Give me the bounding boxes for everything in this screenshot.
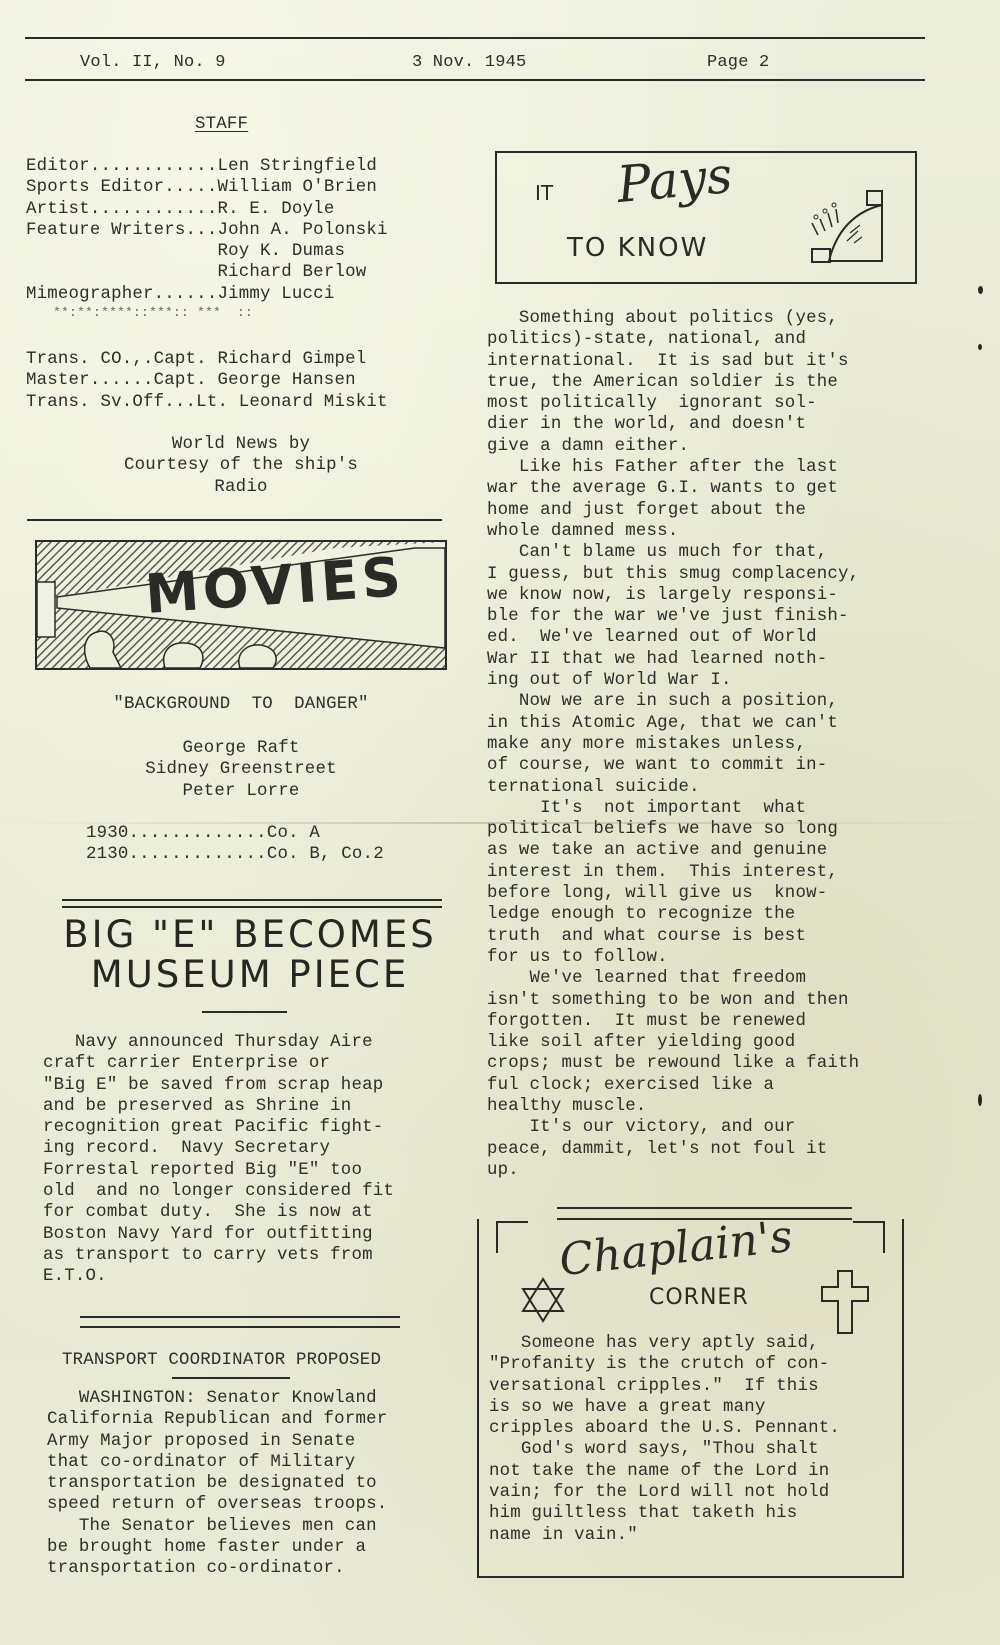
article-line: true, the American soldier is the xyxy=(487,372,859,393)
chaplain-corner-box: Chaplain's CORNER Someone has very aptly… xyxy=(477,1219,904,1578)
article-line: most politically ignorant sol- xyxy=(487,393,859,414)
transport-article: WASHINGTON: Senator Knowland California … xyxy=(47,1388,387,1580)
banner-it: IT xyxy=(535,181,553,205)
article-line: vain; for the Lord will not hold xyxy=(489,1482,840,1503)
banner-corner: CORNER xyxy=(649,1285,749,1310)
movie-cast: George Raft Sidney Greenstreet Peter Lor… xyxy=(26,738,456,802)
article-line: transportation be designated to xyxy=(47,1473,387,1494)
article-line: give a damn either. xyxy=(487,436,859,457)
headline-underline xyxy=(172,1377,290,1379)
article-line: crops; must be rewound like a faith xyxy=(487,1053,859,1074)
staff-name: Roy K. Dumas xyxy=(217,242,345,261)
corner-bracket xyxy=(496,1221,528,1253)
staff-role: Feature Writers... xyxy=(26,221,217,240)
article-line: isn't something to be won and then xyxy=(487,990,859,1011)
article-line: craft carrier Enterprise or xyxy=(43,1053,394,1074)
article-line: of course, we want to commit in- xyxy=(487,755,859,776)
article-line: It's our victory, and our xyxy=(487,1117,859,1138)
headline-line: MUSEUM PIECE xyxy=(40,955,460,995)
article-line: as we take an active and genuine xyxy=(487,840,859,861)
staff-title: STAFF xyxy=(195,114,248,135)
section-divider xyxy=(80,1316,400,1318)
article-line: ing record. Navy Secretary xyxy=(43,1138,394,1159)
showtime: 2130 xyxy=(86,845,129,864)
movie-title: "BACKGROUND TO DANGER" xyxy=(26,694,456,715)
staff-row: Roy K. Dumas xyxy=(26,241,388,262)
showtime: 1930 xyxy=(86,824,129,843)
article-line: versational cripples." If this xyxy=(489,1376,840,1397)
dot-leader: ............. xyxy=(129,824,267,843)
headline-line: BIG "E" BECOMES xyxy=(40,915,460,955)
article-line: Something about politics (yes, xyxy=(487,308,859,329)
cast-member: Sidney Greenstreet xyxy=(26,759,456,780)
banner-to-know: TO KNOW xyxy=(567,233,708,263)
news-credit: World News by Courtesy of the ship's Rad… xyxy=(26,434,456,498)
article-line: Like his Father after the last xyxy=(487,457,859,478)
article-line: and be preserved as Shrine in xyxy=(43,1096,394,1117)
staff-list: Editor............Len Stringfield Sports… xyxy=(26,156,388,321)
article-line: Now we are in such a position, xyxy=(487,691,859,712)
article-line: before long, will give us know- xyxy=(487,883,859,904)
article-line: ing out of World War I. xyxy=(487,670,859,691)
article-line: dier in the world, and doesn't xyxy=(487,414,859,435)
cash-register-icon xyxy=(792,183,907,273)
staff-role xyxy=(26,263,217,282)
article-line: The Senator believes men can xyxy=(47,1516,387,1537)
article-line: ful clock; exercised like a xyxy=(487,1075,859,1096)
article-line: E.T.O. xyxy=(43,1266,394,1287)
article-line: Forrestal reported Big "E" too xyxy=(43,1160,394,1181)
staff-name: Jimmy Lucci xyxy=(217,285,334,304)
showtimes: 1930.............Co. A 2130.............… xyxy=(86,823,384,866)
header-bottom-rule xyxy=(25,79,925,81)
article-line: truth and what course is best xyxy=(487,926,859,947)
article-line: ble for the war we've just finish- xyxy=(487,606,859,627)
article-line: we know now, is largely responsi- xyxy=(487,585,859,606)
page-number: Page 2 xyxy=(707,52,769,73)
credit-line: Courtesy of the ship's xyxy=(26,455,456,476)
big-e-headline: BIG "E" BECOMES MUSEUM PIECE xyxy=(40,915,460,995)
showtime-group: Co. A xyxy=(267,824,320,843)
article-line: War II that we had learned noth- xyxy=(487,649,859,670)
article-line: Army Major proposed in Senate xyxy=(47,1431,387,1452)
article-line: "Profanity is the crutch of con- xyxy=(489,1354,840,1375)
article-line: whole damned mess. xyxy=(487,521,859,542)
article-line: is so we have a great many xyxy=(489,1397,840,1418)
staff-role: Mimeographer...... xyxy=(26,285,217,304)
article-line: California Republican and former xyxy=(47,1409,387,1430)
article-line: Navy announced Thursday Aire xyxy=(43,1032,394,1053)
banner-pays: Pays xyxy=(615,146,735,214)
staff-name: Len Stringfield xyxy=(217,157,377,176)
article-line: in this Atomic Age, that we can't xyxy=(487,713,859,734)
staff-row: Editor............Len Stringfield xyxy=(26,156,388,177)
officer-row: Trans. CO.,.Capt. Richard Gimpel xyxy=(26,349,388,370)
section-divider xyxy=(80,1326,400,1328)
article-line: transportation co-ordinator. xyxy=(47,1558,387,1579)
article-line: up. xyxy=(487,1160,859,1181)
article-line: WASHINGTON: Senator Knowland xyxy=(47,1388,387,1409)
section-divider xyxy=(557,1207,852,1209)
article-line: Someone has very aptly said, xyxy=(489,1333,840,1354)
dot-leader: ............. xyxy=(129,845,267,864)
section-divider xyxy=(27,519,442,521)
header-top-rule xyxy=(25,37,925,39)
article-line: name in vain." xyxy=(489,1525,840,1546)
article-line: be brought home faster under a xyxy=(47,1537,387,1558)
article-line: not take the name of the Lord in xyxy=(489,1461,840,1482)
article-line: speed return of overseas troops. xyxy=(47,1494,387,1515)
officers-list: Trans. CO.,.Capt. Richard Gimpel Master.… xyxy=(26,349,388,413)
staff-row: Richard Berlow xyxy=(26,262,388,283)
article-line: that co-ordinator of Military xyxy=(47,1452,387,1473)
article-line: recognition great Pacific fight- xyxy=(43,1117,394,1138)
staff-role: Editor............ xyxy=(26,157,217,176)
credit-line: World News by xyxy=(26,434,456,455)
article-line: We've learned that freedom xyxy=(487,968,859,989)
showtime-row: 2130.............Co. B, Co.2 xyxy=(86,844,384,865)
article-line: cripples aboard the U.S. Pennant. xyxy=(489,1418,840,1439)
article-line: him guiltless that taketh his xyxy=(489,1503,840,1524)
article-line: Can't blame us much for that, xyxy=(487,542,859,563)
article-line: peace, dammit, let's not foul it xyxy=(487,1139,859,1160)
article-line: "Big E" be saved from scrap heap xyxy=(43,1075,394,1096)
banner-chaplains: Chaplain's xyxy=(557,1211,795,1286)
staff-role: Sports Editor..... xyxy=(26,178,217,197)
corner-bracket xyxy=(853,1221,885,1253)
staff-row: Artist............R. E. Doyle xyxy=(26,199,388,220)
punch-mark xyxy=(978,286,983,294)
article-line: interest in them. This interest, xyxy=(487,862,859,883)
credit-line: Radio xyxy=(26,477,456,498)
staff-row: Feature Writers...John A. Polonski xyxy=(26,220,388,241)
staff-row: Sports Editor.....William O'Brien xyxy=(26,177,388,198)
it-pays-article: Something about politics (yes, politics)… xyxy=(487,308,859,1181)
star-of-david-icon xyxy=(519,1277,567,1323)
article-line: Boston Navy Yard for outfitting xyxy=(43,1224,394,1245)
section-divider xyxy=(62,899,442,901)
article-line: international. It is sad but it's xyxy=(487,351,859,372)
showtime-row: 1930.............Co. A xyxy=(86,823,384,844)
volume-label: Vol. II, No. 9 xyxy=(80,52,226,73)
officer-row: Trans. Sv.Off...Lt. Leonard Miskit xyxy=(26,392,388,413)
movies-banner: MOVIES xyxy=(35,540,447,670)
section-divider xyxy=(62,906,442,908)
article-line: God's word says, "Thou shalt xyxy=(489,1439,840,1460)
punch-mark xyxy=(978,1094,982,1106)
cast-member: Peter Lorre xyxy=(26,781,456,802)
article-line: ledge enough to recognize the xyxy=(487,904,859,925)
punch-mark xyxy=(978,344,982,350)
showtime-group: Co. B, Co.2 xyxy=(267,845,384,864)
article-line: home and just forget about the xyxy=(487,500,859,521)
article-line: war the average G.I. wants to get xyxy=(487,478,859,499)
staff-role: Artist............ xyxy=(26,200,217,219)
article-line: I guess, but this smug complacency, xyxy=(487,564,859,585)
transport-headline: TRANSPORT COORDINATOR PROPOSED xyxy=(62,1350,381,1371)
it-pays-banner: IT Pays TO KNOW xyxy=(495,151,917,284)
cast-member: George Raft xyxy=(26,738,456,759)
headline-underline xyxy=(202,1011,287,1013)
article-line: for combat duty. She is now at xyxy=(43,1202,394,1223)
big-e-article: Navy announced Thursday Aire craft carri… xyxy=(43,1032,394,1288)
article-line: like soil after yielding good xyxy=(487,1032,859,1053)
staff-name: John A. Polonski xyxy=(217,221,387,240)
article-line: political beliefs we have so long xyxy=(487,819,859,840)
article-line: politics)-state, national, and xyxy=(487,329,859,350)
officer-row: Master......Capt. George Hansen xyxy=(26,370,388,391)
article-line: It's not important what xyxy=(487,798,859,819)
staff-role xyxy=(26,242,217,261)
article-line: ed. We've learned out of World xyxy=(487,627,859,648)
staff-name: William O'Brien xyxy=(217,178,377,197)
chaplain-article: Someone has very aptly said, "Profanity … xyxy=(489,1333,840,1546)
article-line: as transport to carry vets from xyxy=(43,1245,394,1266)
article-line: forgotten. It must be renewed xyxy=(487,1011,859,1032)
article-line: for us to follow. xyxy=(487,947,859,968)
star-divider: **:**:****::***:: *** :: xyxy=(26,305,388,321)
staff-row: Mimeographer......Jimmy Lucci xyxy=(26,284,388,305)
cross-icon xyxy=(819,1269,871,1335)
issue-date: 3 Nov. 1945 xyxy=(412,52,526,73)
article-line: healthy muscle. xyxy=(487,1096,859,1117)
article-line: make any more mistakes unless, xyxy=(487,734,859,755)
article-line: old and no longer considered fit xyxy=(43,1181,394,1202)
article-line: ternational suicide. xyxy=(487,777,859,798)
staff-name: Richard Berlow xyxy=(217,263,366,282)
staff-name: R. E. Doyle xyxy=(217,200,334,219)
